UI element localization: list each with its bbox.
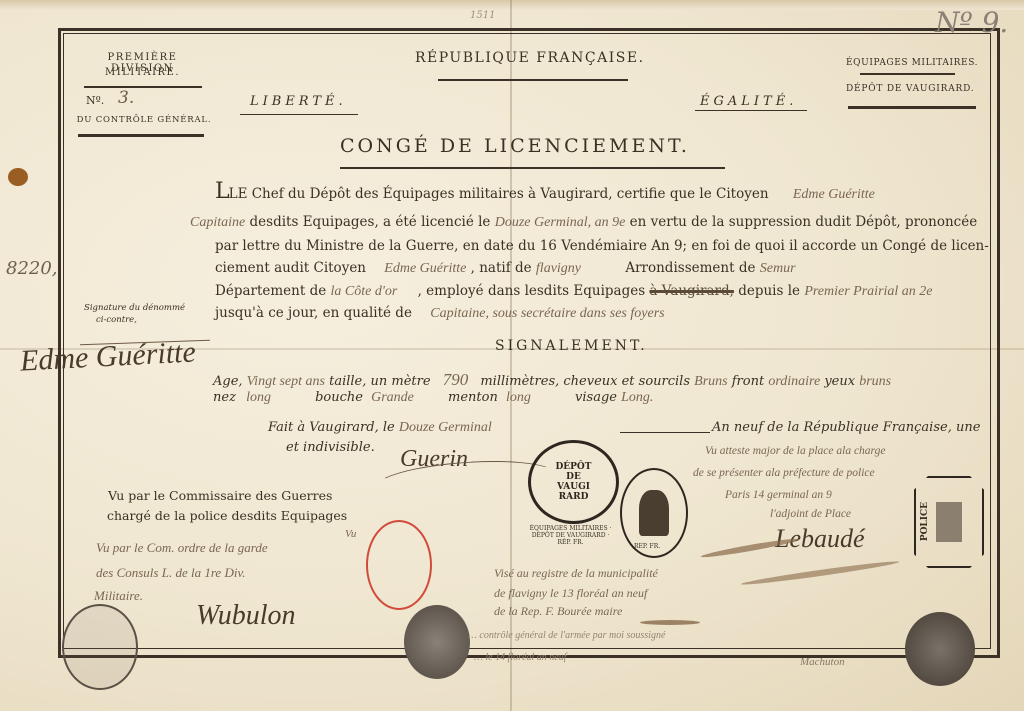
commissaire-hw-1: Vu par le Com. ordre de la garde (96, 540, 268, 556)
commissaire-hw-3: Militaire. (94, 588, 143, 604)
commissaire-signature: Wubulon (196, 600, 296, 632)
age-label: Age (213, 374, 238, 389)
licence-date: Douze Germinal, an 9e (495, 215, 626, 230)
depot-stamp-center: DÉPÔT DE VAUGI RARD (550, 462, 598, 502)
fait-line: Fait à Vaugirard, le Douze Germinal (268, 420, 492, 436)
qualite: Capitaine, sous secrétaire dans ses foye… (430, 306, 664, 321)
cheveux-value: Bruns (694, 374, 727, 389)
bouche-value: Grande (371, 390, 414, 405)
body-text: depuis le (738, 283, 800, 299)
police-stamp: POLICE (914, 476, 984, 568)
municipal-line2: de flavigny le 13 floréal an neuf (494, 586, 647, 601)
visa-line4: l'adjoint de Place (770, 508, 851, 520)
visa-line2: de se présenter ala préfecture de police (693, 467, 875, 479)
body-line-3: par lettre du Ministre de la Guerre, en … (215, 238, 989, 254)
front-value: ordinaire (768, 374, 820, 389)
millimetres-label: millimètres, cheveux et sourcils (480, 374, 690, 389)
bottom-note-signature: Machuton (800, 656, 845, 668)
signalement-title: SIGNALEMENT. (495, 338, 648, 354)
menton-value: long (506, 390, 531, 405)
body-line-2: Capitaine desdits Equipages, a été licen… (190, 214, 977, 231)
taille-value: 790 (443, 370, 469, 389)
depot-vaugirard: DÉPÔT DE VAUGIRARD. (846, 84, 974, 94)
ink-stain (8, 168, 28, 186)
document-title: CONGÉ DE LICENCIEMENT. (340, 135, 690, 157)
republique-title: RÉPUBLIQUE FRANÇAISE. (415, 50, 645, 66)
bottom-note-line2: … le 14 floréal an neuf (474, 652, 567, 663)
pencil-number: 1511 (470, 10, 495, 21)
nez-label: nez (213, 390, 236, 405)
etat-major-bottom: REP. FR. (634, 543, 660, 550)
fait-date: Douze Germinal (399, 420, 492, 435)
margin-number: 8220, (6, 258, 58, 279)
body-text: , employé dans lesdits Equipages (418, 283, 646, 299)
body-text: Département de (215, 283, 326, 299)
municipal-line3: de la Rep. F. Bourée maire (494, 604, 622, 619)
bottom-left-seal (62, 604, 138, 690)
body-text: ciement audit Citoyen (215, 260, 366, 276)
arrondissement: Semur (760, 261, 796, 276)
divider (78, 134, 204, 137)
body-text: , natif de (471, 260, 532, 276)
an-text: An neuf de la République Française, une (712, 420, 980, 435)
body-text: LE Chef du Dépôt des Équipages militaire… (229, 186, 769, 202)
title-underline (340, 167, 725, 169)
divider (848, 106, 976, 109)
title-rule (438, 79, 628, 81)
equipages-militaires: ÉQUIPAGES MILITAIRES. (846, 58, 978, 68)
signalement-line-2: nez long bouche Grande menton long visag… (213, 390, 653, 406)
body-line-1: LLE Chef du Dépôt des Équipages militair… (215, 186, 875, 203)
bottom-note-line1: … contrôle général de l'armée par moi so… (468, 630, 665, 641)
corner-number: Nº 9. (935, 6, 1008, 39)
front-label: front (732, 374, 764, 389)
bottom-right-seal (905, 612, 975, 686)
signature-label-line2: ci-contre, (96, 315, 137, 325)
bouche-label: bouche (315, 390, 363, 405)
bottom-mid-seal (404, 605, 470, 679)
motto-liberte: LIBERTÉ. (250, 94, 347, 109)
visage-value: Long. (621, 390, 653, 405)
service-start: Premier Prairial an 2e (804, 284, 932, 299)
indivisible-text: et indivisible. (286, 440, 375, 455)
controle-general: DU CONTRÔLE GÉNÉRAL. (74, 115, 214, 125)
yeux-value: bruns (859, 374, 891, 389)
figure-icon (639, 490, 669, 536)
birthplace: flavigny (536, 261, 581, 276)
motto-egalite: ÉGALITÉ. (700, 94, 797, 109)
visage-label: visage (575, 390, 617, 405)
red-stamp (366, 520, 432, 610)
rank-value: Capitaine (190, 215, 245, 230)
flourish-rule (240, 114, 358, 115)
menton-label: menton (448, 390, 498, 405)
departement: la Côte d'or (331, 284, 398, 299)
citoyen-name: Edme Guéritte (793, 187, 875, 202)
signature-label-line1: Signature du dénommé (84, 303, 185, 313)
struck-text: à Vaugirard, (649, 283, 733, 299)
commissaire-line1: Vu par le Commissaire des Guerres (108, 488, 332, 503)
body-line-4: ciement audit Citoyen Edme Guéritte , na… (215, 260, 796, 277)
number-value: 3. (118, 88, 134, 108)
divider (84, 86, 202, 88)
body-text: en vertu de la suppression dudit Dépôt, … (630, 214, 978, 230)
division-line2: MILITAIRE. (80, 67, 205, 78)
top-edge (0, 0, 1024, 10)
visa-line3: Paris 14 germinal an 9 (725, 489, 832, 501)
ink-stroke (640, 620, 700, 625)
taille-label: taille, un mètre (329, 374, 430, 389)
body-text: desdits Equipages, a été licencié le (250, 214, 491, 230)
commissaire-hw-2: des Consuls L. de la 1re Div. (96, 565, 246, 581)
divider (860, 73, 955, 75)
commissaire-hw-small: Vu (345, 528, 356, 540)
age-value: Vingt sept ans (247, 374, 325, 389)
municipal-line1: Visé au registre de la municipalité (494, 566, 658, 581)
number-label: Nº. (86, 94, 104, 107)
depot-stamp-text: ÉQUIPAGES MILITAIRES · DÉPÔT DE VAUGIRAR… (528, 525, 613, 546)
nez-value: long (246, 390, 271, 405)
body-text: jusqu'à ce jour, en qualité de (215, 305, 412, 321)
eagle-icon (936, 502, 962, 542)
yeux-label: yeux (824, 374, 855, 389)
fait-label: Fait à Vaugirard, le (268, 420, 395, 435)
body-text: Arrondissement de (625, 260, 755, 276)
body-line-5: Département de la Côte d'or , employé da… (215, 283, 933, 300)
body-line-6: jusqu'à ce jour, en qualité de Capitaine… (215, 305, 665, 322)
flourish-rule (695, 110, 807, 111)
date-rule (620, 432, 710, 433)
depot-stamp: DÉPÔT DE VAUGI RARD (528, 440, 619, 524)
signalement-line-1: Age, Vingt sept ans taille, un mètre 790… (213, 370, 891, 390)
visa-line1: Vu atteste major de la place ala charge (705, 445, 885, 457)
commissaire-line2: chargé de la police desdits Equipages (107, 508, 347, 523)
citoyen-name: Edme Guéritte (384, 261, 466, 276)
police-stamp-text: POLICE (920, 502, 930, 541)
